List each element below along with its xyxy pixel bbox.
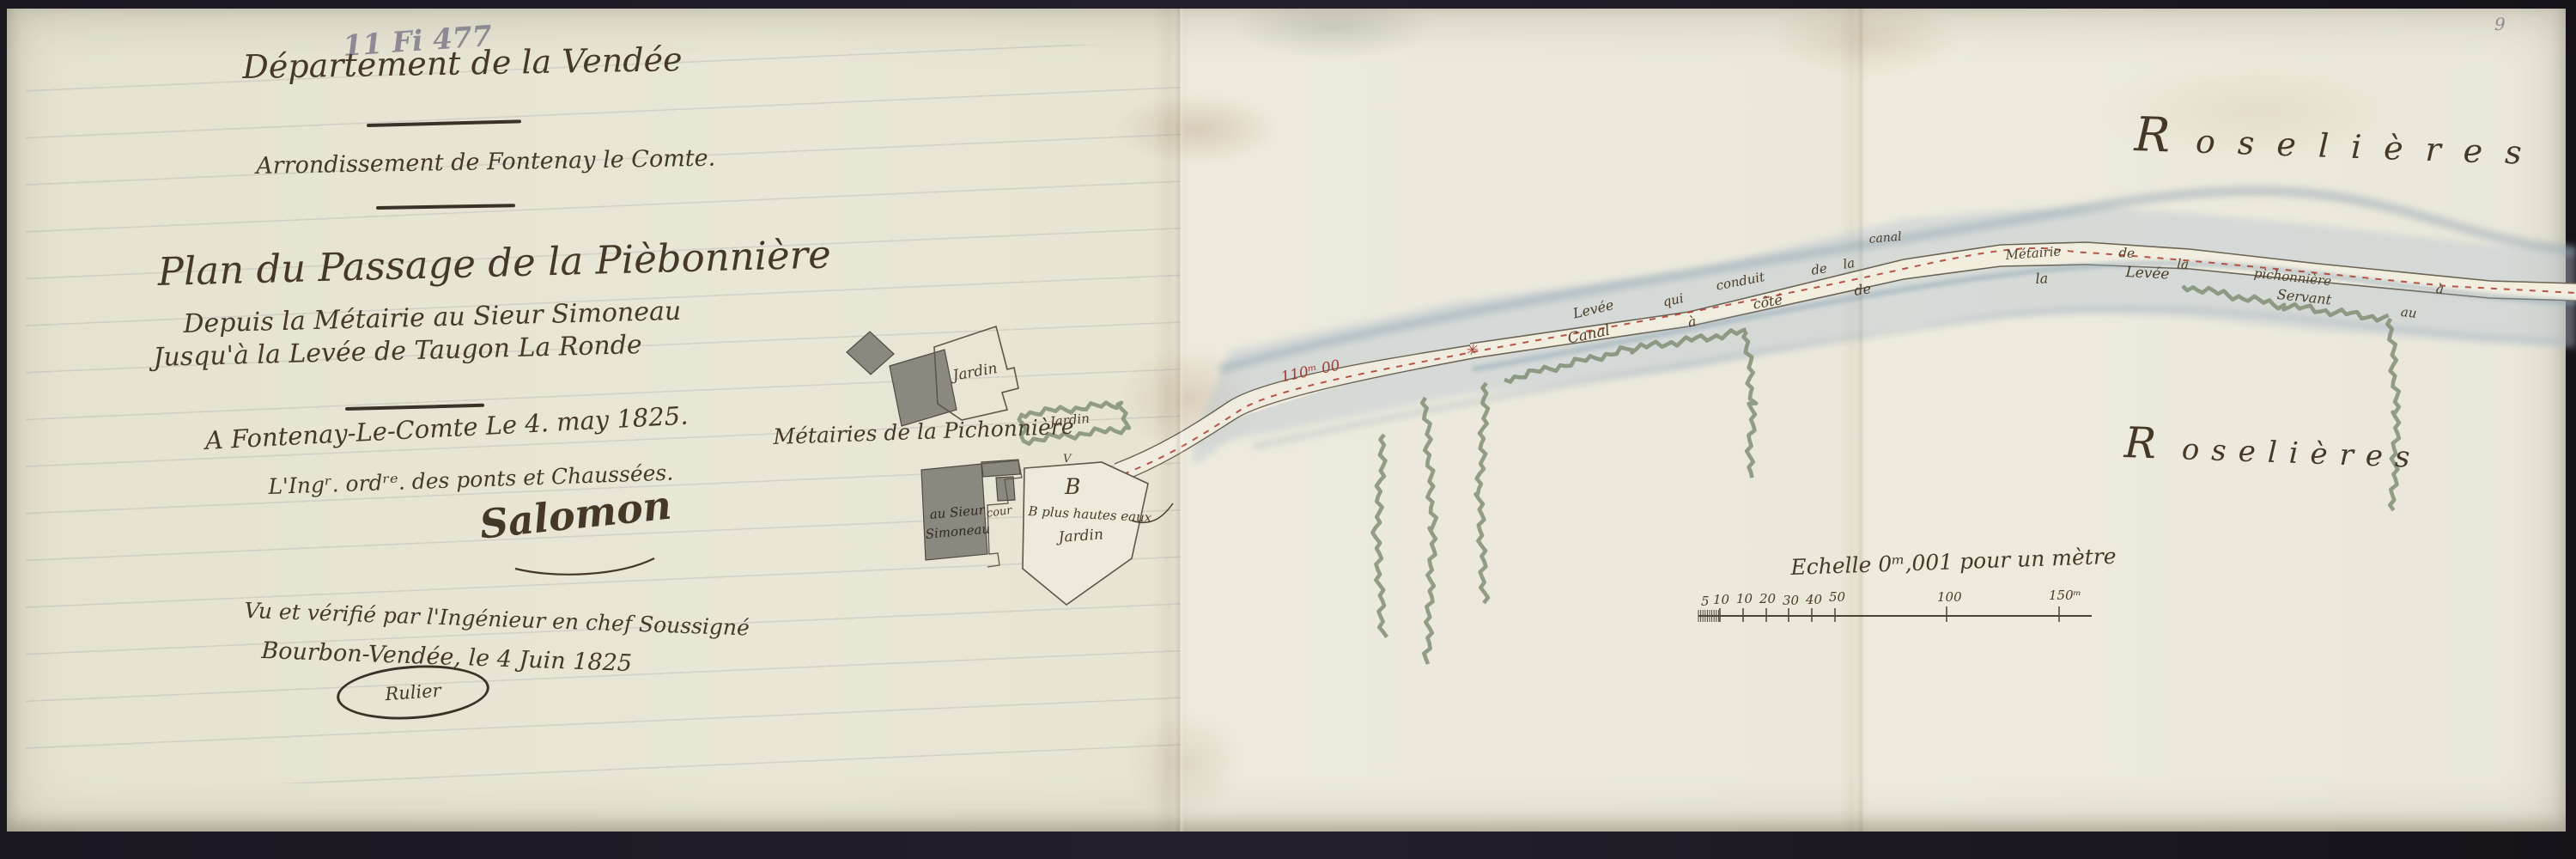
pentagon-jardin-label: Jardin: [1058, 526, 1104, 546]
paper-fold-crease-2: [1857, 9, 1864, 832]
pentagon-letter-b: B: [1065, 474, 1080, 499]
scale-tick-label: 5: [1701, 594, 1710, 609]
levee-word: la: [1842, 255, 1856, 272]
hedge-marsh-drop-3: [1476, 383, 1488, 603]
levee-word: à: [2435, 281, 2445, 297]
roselieres-label-bottom: Roselières: [2123, 417, 2423, 478]
building-upper-diamond: [847, 332, 894, 375]
scale-tick-label: 40: [1806, 592, 1822, 607]
scale-bar: [1698, 606, 2092, 622]
canal-small-label: canal: [1868, 230, 1902, 247]
levee-word: de: [1810, 260, 1828, 278]
levee-word: de: [2118, 245, 2135, 261]
paper-fold-crease-1: [1175, 9, 1185, 832]
scale-tick-label: 50: [1829, 589, 1845, 605]
signature-swash: [515, 558, 654, 575]
pentagon-v-mark: V: [1063, 453, 1071, 466]
scale-tick-label: 10: [1736, 591, 1753, 606]
hedge-marsh-drop-1: [1373, 435, 1388, 637]
scale-tick-label: 150ᵐ: [2049, 588, 2081, 603]
scale-tick-label: 10: [1713, 592, 1729, 607]
canal-word: Levée: [2125, 264, 2170, 283]
chief-engineer-signature: Rulier: [385, 680, 442, 704]
canal-word: au: [2400, 304, 2417, 321]
hedge-marsh-drop-2: [1422, 398, 1437, 664]
corner-number: 9: [2494, 14, 2506, 34]
canal-word: la: [2035, 270, 2049, 287]
building-upper-rect: [890, 350, 957, 426]
scale-tick-label: 20: [1759, 591, 1776, 606]
scanned-map-plan: 11 Fi 477 9 Département de la Vendée Arr…: [0, 0, 2576, 859]
departement-heading: Département de la Vendée: [242, 40, 683, 86]
hedge-canal-south-2-drop: [2387, 319, 2399, 510]
scale-tick-label: 100: [1937, 589, 1962, 605]
red-asterisk-mark: ✳: [1465, 342, 1477, 359]
levee-word: la: [2177, 256, 2190, 272]
scale-tick-label: 30: [1783, 593, 1799, 608]
